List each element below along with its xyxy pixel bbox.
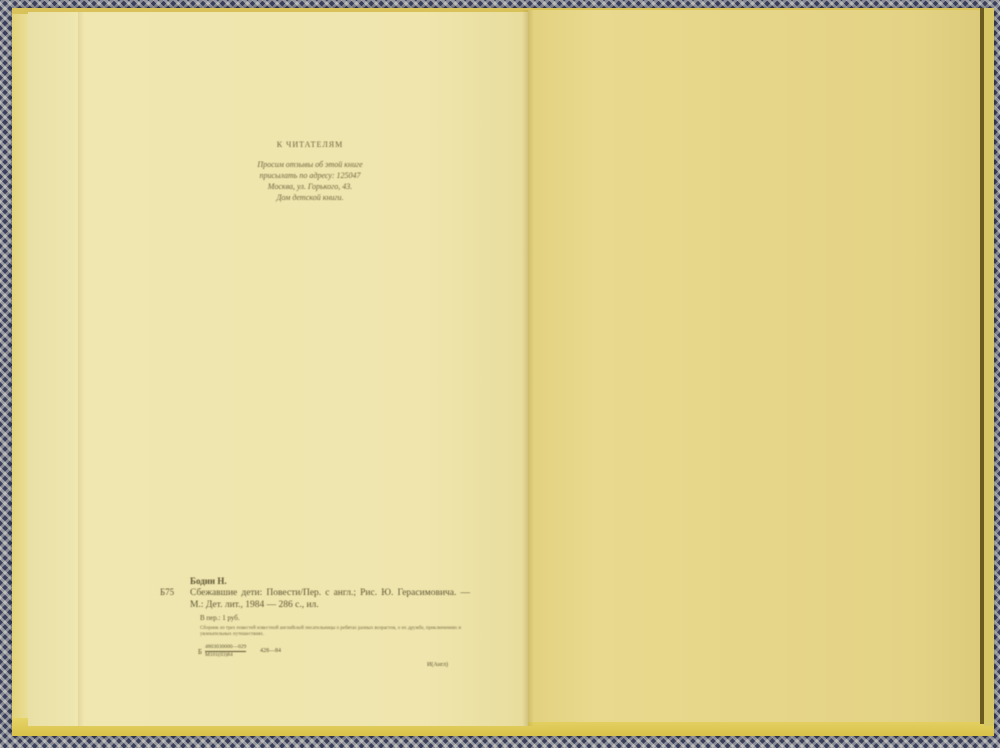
notice-title: К ЧИТАТЕЛЯМ xyxy=(230,140,390,149)
book-gutter xyxy=(522,10,534,726)
isbn-tail: 428—84 xyxy=(260,648,281,654)
isbn-prefix: Б xyxy=(198,648,202,656)
library-code: И(Англ) xyxy=(427,662,448,668)
annotation: Сборник из трех повестей известной англи… xyxy=(200,626,470,638)
author: Бодин Н. xyxy=(190,576,227,586)
notice-line: Дом детской книги. xyxy=(230,192,390,203)
reader-notice: К ЧИТАТЕЛЯМ Просим отзывы об этой книге … xyxy=(230,140,390,203)
isbn-denominator: М101(03)84 xyxy=(205,651,246,659)
price: В пер.: 1 руб. xyxy=(200,614,240,622)
notice-line: присылать по адресу: 125047 xyxy=(230,170,390,181)
right-page xyxy=(528,10,980,722)
notice-line: Москва, ул. Горького, 43. xyxy=(230,181,390,192)
isbn-numerator: 4803030000—029 xyxy=(205,644,246,651)
cover-edge-right xyxy=(984,8,994,726)
left-page xyxy=(28,12,528,726)
cover-edge-left xyxy=(12,14,28,734)
left-page-fold xyxy=(78,12,84,726)
page-block-edge xyxy=(980,8,984,724)
catalog-code: Б75 xyxy=(160,587,174,597)
bibliographic-description: Сбежавшие дети: Повести/Пер. с англ.; Ри… xyxy=(190,587,470,611)
notice-line: Просим отзывы об этой книге xyxy=(230,159,390,170)
isbn-fraction: 4803030000—029 М101(03)84 xyxy=(205,644,246,659)
